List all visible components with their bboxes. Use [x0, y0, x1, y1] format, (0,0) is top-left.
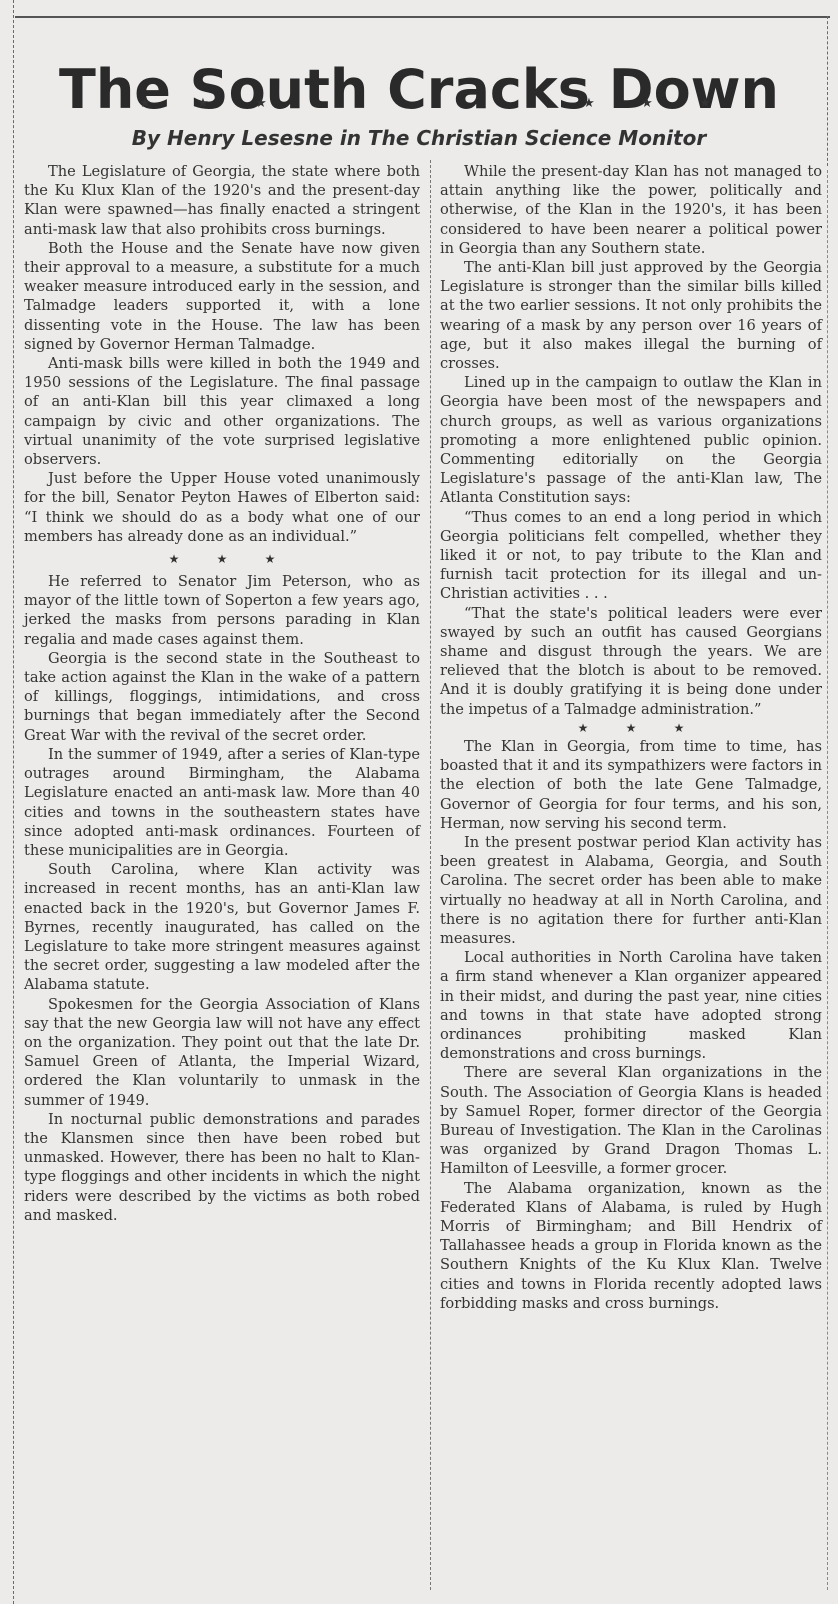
paragraph: South Carolina, where Klan activity was …	[24, 860, 420, 994]
headline-stars-right: ★★★	[560, 96, 734, 111]
paragraph: There are several Klan organizations in …	[440, 1063, 822, 1178]
paragraph: In the present postwar period Klan activ…	[440, 833, 822, 948]
clipping-border-right-lower	[827, 170, 828, 1590]
clipping-border-left	[13, 0, 14, 1604]
paragraph: The Legislature of Georgia, the state wh…	[24, 162, 420, 239]
paragraph: While the present-day Klan has not manag…	[440, 162, 822, 258]
paragraph: He referred to Senator Jim Peterson, who…	[24, 572, 420, 649]
paragraph: Local authorities in North Carolina have…	[440, 948, 822, 1063]
quote-paragraph: “Thus comes to an end a long period in w…	[440, 508, 822, 604]
star-icon: ★	[618, 96, 676, 111]
paragraph: Both the House and the Senate have now g…	[24, 239, 420, 354]
paragraph: Just before the Upper House voted unanim…	[24, 469, 420, 546]
article-column-2: While the present-day Klan has not manag…	[440, 162, 822, 1313]
column-rule	[430, 160, 431, 1590]
star-icon: ★	[560, 96, 618, 111]
star-icon: ★	[559, 719, 607, 737]
section-divider: ★★★	[440, 719, 822, 737]
headline-stars-left: ★★★	[116, 96, 290, 111]
article-column-1: The Legislature of Georgia, the state wh…	[24, 162, 420, 1225]
paragraph: The Alabama organization, known as the F…	[440, 1179, 822, 1313]
quote-paragraph: “That the state's political leaders were…	[440, 604, 822, 719]
star-icon: ★	[676, 96, 734, 111]
clipping-border-top	[15, 16, 830, 18]
star-icon: ★	[232, 96, 290, 111]
star-icon: ★	[607, 719, 655, 737]
paragraph: Anti-mask bills were killed in both the …	[24, 354, 420, 469]
paragraph: Lined up in the campaign to outlaw the K…	[440, 373, 822, 507]
byline: By Henry Lesesne in The Christian Scienc…	[0, 126, 838, 150]
star-icon: ★	[246, 546, 294, 572]
paragraph: The Klan in Georgia, from time to time, …	[440, 737, 822, 833]
star-icon: ★	[655, 719, 703, 737]
paragraph: The anti-Klan bill just approved by the …	[440, 258, 822, 373]
section-divider: ★★★	[24, 546, 420, 572]
star-icon: ★	[150, 546, 198, 572]
paragraph: In nocturnal public demonstrations and p…	[24, 1110, 420, 1225]
star-icon: ★	[198, 546, 246, 572]
star-icon: ★	[116, 96, 174, 111]
headline: The South Cracks Down	[0, 58, 838, 122]
paragraph: Georgia is the second state in the South…	[24, 649, 420, 745]
star-icon: ★	[174, 96, 232, 111]
paragraph: In the summer of 1949, after a series of…	[24, 745, 420, 860]
paragraph: Spokesmen for the Georgia Association of…	[24, 995, 420, 1110]
